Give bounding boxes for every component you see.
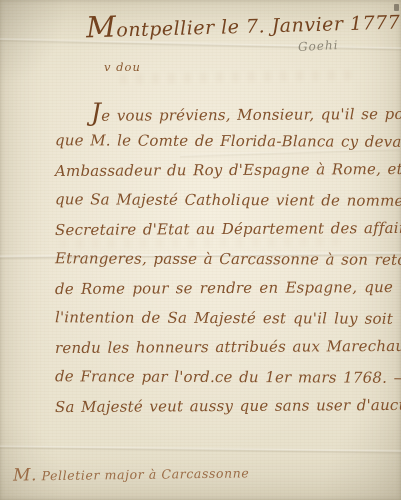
body-line: Sa Majesté veut aussy que sans user d'au… — [55, 391, 393, 423]
footer-note: M. Pelletier major à Carcassonne — [13, 462, 250, 485]
fold-crease-bottom — [0, 444, 401, 454]
letter-body: Je vous préviens, Monsieur, qu'il se pou… — [55, 97, 393, 422]
body-line: que Sa Majesté Catholique vient de nomme… — [55, 185, 393, 216]
body-line: l'intention de Sa Majesté est qu'il luy … — [55, 303, 393, 334]
ink-showthrough-top — [120, 70, 360, 84]
body-line: Je vous préviens, Monsieur, qu'il se pou… — [55, 96, 393, 128]
body-line: rendu les honneurs attribués aux Marecha… — [55, 332, 393, 364]
dateline: Montpellier le 7. Janvier 1777. /. — [86, 2, 399, 45]
body-line: de France par l'ord.ce du 1er mars 1768.… — [55, 362, 393, 393]
body-line: que M. le Comte de Florida-Blanca cy dev… — [55, 126, 393, 157]
letter-page: Montpellier le 7. Janvier 1777. /. Goehi… — [0, 0, 401, 500]
body-line: Secretaire d'Etat au Département des aff… — [55, 214, 393, 246]
marginal-note: v dou — [104, 60, 141, 74]
pencil-annotation: Goehi — [298, 38, 339, 54]
body-line: Etrangeres, passe à Carcassonne à son re… — [55, 244, 393, 275]
body-line: Ambassadeur du Roy d'Espagne à Rome, et — [55, 155, 393, 187]
body-line: de Rome pour se rendre en Espagne, que — [55, 273, 393, 305]
